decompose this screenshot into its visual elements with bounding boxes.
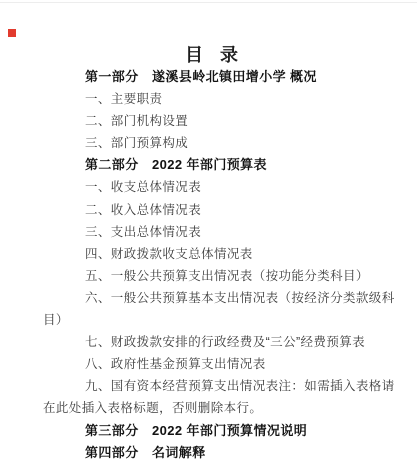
page-top-divider [0, 2, 417, 3]
toc-item-2-9-wrap: 在此处插入表格标题，否则删除本行。 [0, 397, 417, 419]
toc-heading-part2: 第二部分 2022 年部门预算表 [0, 154, 417, 176]
toc-item-2-5: 五、一般公共预算支出情况表（按功能分类科目） [0, 265, 417, 287]
toc-item-1-2: 二、部门机构设置 [0, 110, 417, 132]
red-square-marker-icon [8, 29, 16, 37]
toc-item-2-4: 四、财政拨款收支总体情况表 [0, 243, 417, 265]
toc-item-1-1: 一、主要职责 [0, 88, 417, 110]
toc-item-2-1: 一、收支总体情况表 [0, 176, 417, 198]
toc-item-2-9: 九、国有资本经营预算支出情况表注：如需插入表格请 [0, 375, 417, 397]
toc-item-2-7: 七、财政拨款安排的行政经费及“三公”经费预算表 [0, 331, 417, 353]
toc-item-2-3: 三、支出总体情况表 [0, 221, 417, 243]
toc-heading-part4: 第四部分 名词解释 [0, 442, 417, 463]
toc-item-2-8: 八、政府性基金预算支出情况表 [0, 353, 417, 375]
toc-item-2-2: 二、收入总体情况表 [0, 199, 417, 221]
toc-title: 目 录 [0, 44, 417, 66]
toc-item-2-6: 六、一般公共预算基本支出情况表（按经济分类款级科 [0, 287, 417, 309]
table-of-contents: 目 录 第一部分 遂溪县岭北镇田增小学 概况 一、主要职责 二、部门机构设置 三… [0, 44, 417, 463]
toc-item-2-6-wrap: 目） [0, 309, 417, 331]
document-page: 目 录 第一部分 遂溪县岭北镇田增小学 概况 一、主要职责 二、部门机构设置 三… [0, 0, 417, 463]
toc-heading-part1: 第一部分 遂溪县岭北镇田增小学 概况 [0, 66, 417, 88]
toc-heading-part3: 第三部分 2022 年部门预算情况说明 [0, 420, 417, 442]
toc-item-1-3: 三、部门预算构成 [0, 132, 417, 154]
